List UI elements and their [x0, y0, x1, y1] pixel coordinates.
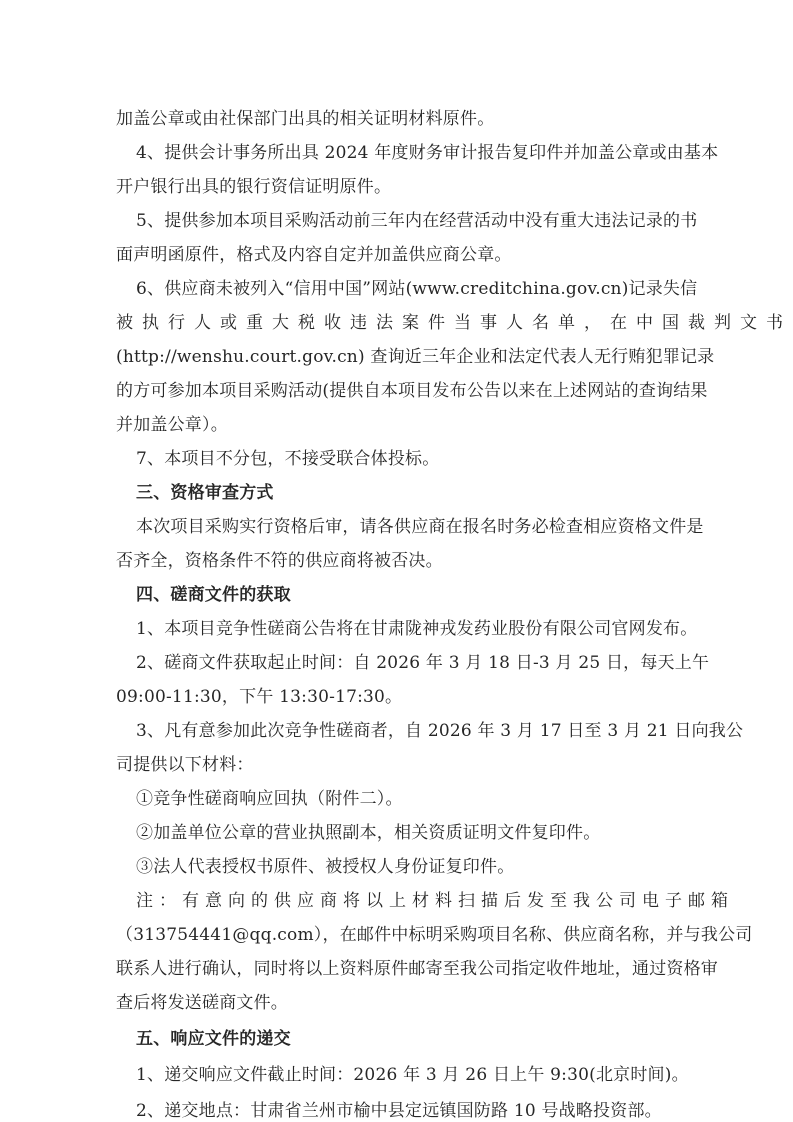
text-line: 6、供应商未被列入“信用中国”网站(www.creditchina.gov.cn…	[136, 278, 697, 300]
note-line: 注：有意向的供应商将以上材料扫描后发至我公司电子邮箱	[136, 890, 679, 912]
text-line: 7、本项目不分包，不接受联合体投标。	[136, 448, 439, 470]
text-line: 本次项目采购实行资格后审，请各供应商在报名时务必检查相应资格文件是	[136, 516, 704, 538]
text-line: (http://wenshu.court.gov.cn) 查询近三年企业和法定代…	[116, 346, 714, 368]
text-line: 1、本项目竞争性磋商公告将在甘肃陇神戎发药业股份有限公司官网发布。	[136, 618, 697, 640]
list-item: ③法人代表授权书原件、被授权人身份证复印件。	[136, 856, 514, 878]
text-line: 3、凡有意参加此次竞争性磋商者，自 2026 年 3 月 17 日至 3 月 2…	[136, 720, 743, 742]
text-line: 开户银行出具的银行资信证明原件。	[116, 176, 391, 198]
text-line: 被执行人或重大税收违法案件当事人名单，在中国裁判文书网	[116, 312, 679, 334]
text-line: 1、递交响应文件截止时间：2026 年 3 月 26 日上午 9:30(北京时间…	[136, 1064, 689, 1086]
list-item: ②加盖单位公章的营业执照副本，相关资质证明文件复印件。	[136, 822, 600, 844]
list-item: ①竞争性磋商响应回执（附件二）。	[136, 788, 403, 810]
section-heading: 四、磋商文件的获取	[136, 584, 291, 606]
text-line: 否齐全，资格条件不符的供应商将被否决。	[116, 550, 443, 572]
section-heading: 三、资格审查方式	[136, 482, 274, 504]
text-line: 司提供以下材料：	[116, 754, 254, 776]
text-line: 2、递交地点：甘肃省兰州市榆中县定远镇国防路 10 号战略投资部。	[136, 1100, 662, 1122]
text-line: 查后将发送磋商文件。	[116, 992, 288, 1014]
text-line: 联系人进行确认，同时将以上资料原件邮寄至我公司指定收件地址，通过资格审	[116, 958, 718, 980]
text-line: （313754441@qq.com），在邮件中标明采购项目名称、供应商名称，并与…	[116, 924, 753, 946]
text-line: 5、提供参加本项目采购活动前三年内在经营活动中没有重大违法记录的书	[136, 210, 697, 232]
text-line: 2、磋商文件获取起止时间：自 2026 年 3 月 18 日-3 月 25 日，…	[136, 652, 709, 674]
text-line: 4、提供会计事务所出具 2024 年度财务审计报告复印件并加盖公章或由基本	[136, 142, 718, 164]
text-line: 加盖公章或由社保部门出具的相关证明材料原件。	[116, 108, 494, 130]
text-line: 09:00-11:30，下午 13:30-17:30。	[116, 686, 402, 708]
text-line: 面声明函原件，格式及内容自定并加盖供应商公章。	[116, 244, 512, 266]
text-line: 的方可参加本项目采购活动(提供自本项目发布公告以来在上述网站的查询结果	[116, 380, 708, 402]
section-heading: 五、响应文件的递交	[136, 1028, 291, 1050]
text-line: 并加盖公章）。	[116, 414, 228, 436]
